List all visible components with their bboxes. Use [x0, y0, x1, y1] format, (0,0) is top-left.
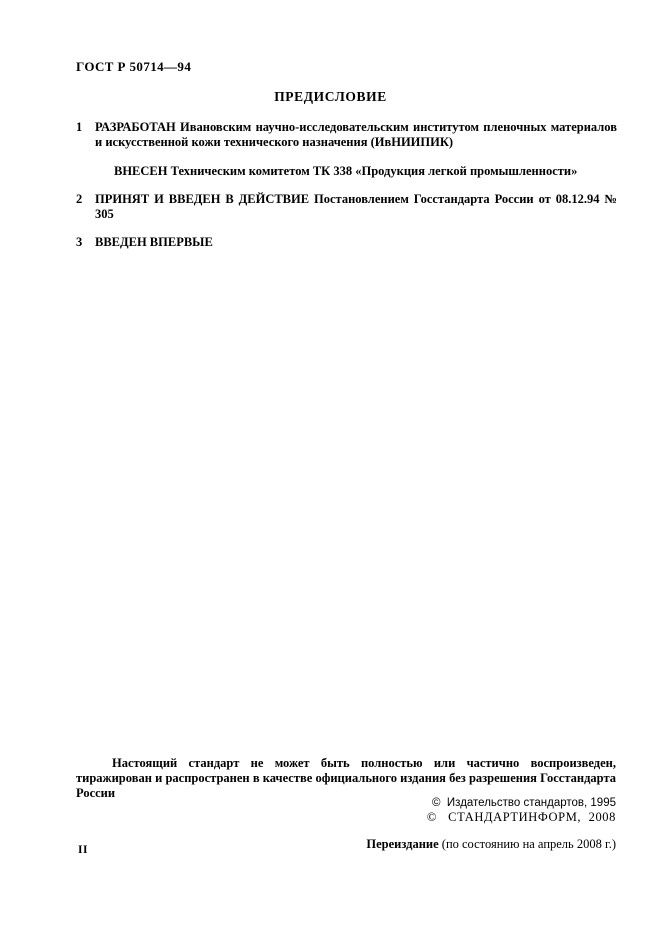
preface-items: 1 РАЗРАБОТАН Ивановским научно-исследова… — [76, 120, 617, 250]
copyright-1995: © Издательство стандартов, 1995 — [76, 797, 616, 811]
reissue-rest: (по состоянию на апрель 2008 г.) — [439, 837, 616, 851]
preface-title: ПРЕДИСЛОВИЕ — [0, 89, 661, 105]
item-number: 2 — [76, 192, 82, 207]
item-subtext: ВНЕСЕН Техническим комитетом ТК 338 «Про… — [114, 164, 617, 179]
reissue-line: Переиздание (по состоянию на апрель 2008… — [76, 824, 616, 865]
item-text: РАЗРАБОТАН Ивановским научно-исследовате… — [95, 120, 617, 149]
restriction-notice: Настоящий стандарт не может быть полност… — [76, 756, 616, 801]
preface-item-1: 1 РАЗРАБОТАН Ивановским научно-исследова… — [76, 120, 617, 179]
document-page: ГОСТ Р 50714—94 ПРЕДИСЛОВИЕ 1 РАЗРАБОТАН… — [0, 0, 661, 936]
doc-number: ГОСТ Р 50714—94 — [76, 59, 191, 75]
item-number: 3 — [76, 235, 82, 250]
item-number: 1 — [76, 120, 82, 135]
preface-item-2: 2 ПРИНЯТ И ВВЕДЕН В ДЕЙСТВИЕ Постановлен… — [76, 192, 617, 222]
preface-item-3: 3 ВВЕДЕН ВПЕРВЫЕ — [76, 235, 617, 250]
item-text: ВВЕДЕН ВПЕРВЫЕ — [95, 235, 213, 249]
copyright-2008: © СТАНДАРТИНФОРМ, 2008 — [76, 811, 616, 825]
reissue-label: Переиздание — [366, 837, 438, 851]
item-text: ПРИНЯТ И ВВЕДЕН В ДЕЙСТВИЕ Постановление… — [95, 192, 617, 221]
page-number: II — [78, 844, 88, 856]
copyright-block: © Издательство стандартов, 1995 © СТАНДА… — [76, 797, 616, 865]
